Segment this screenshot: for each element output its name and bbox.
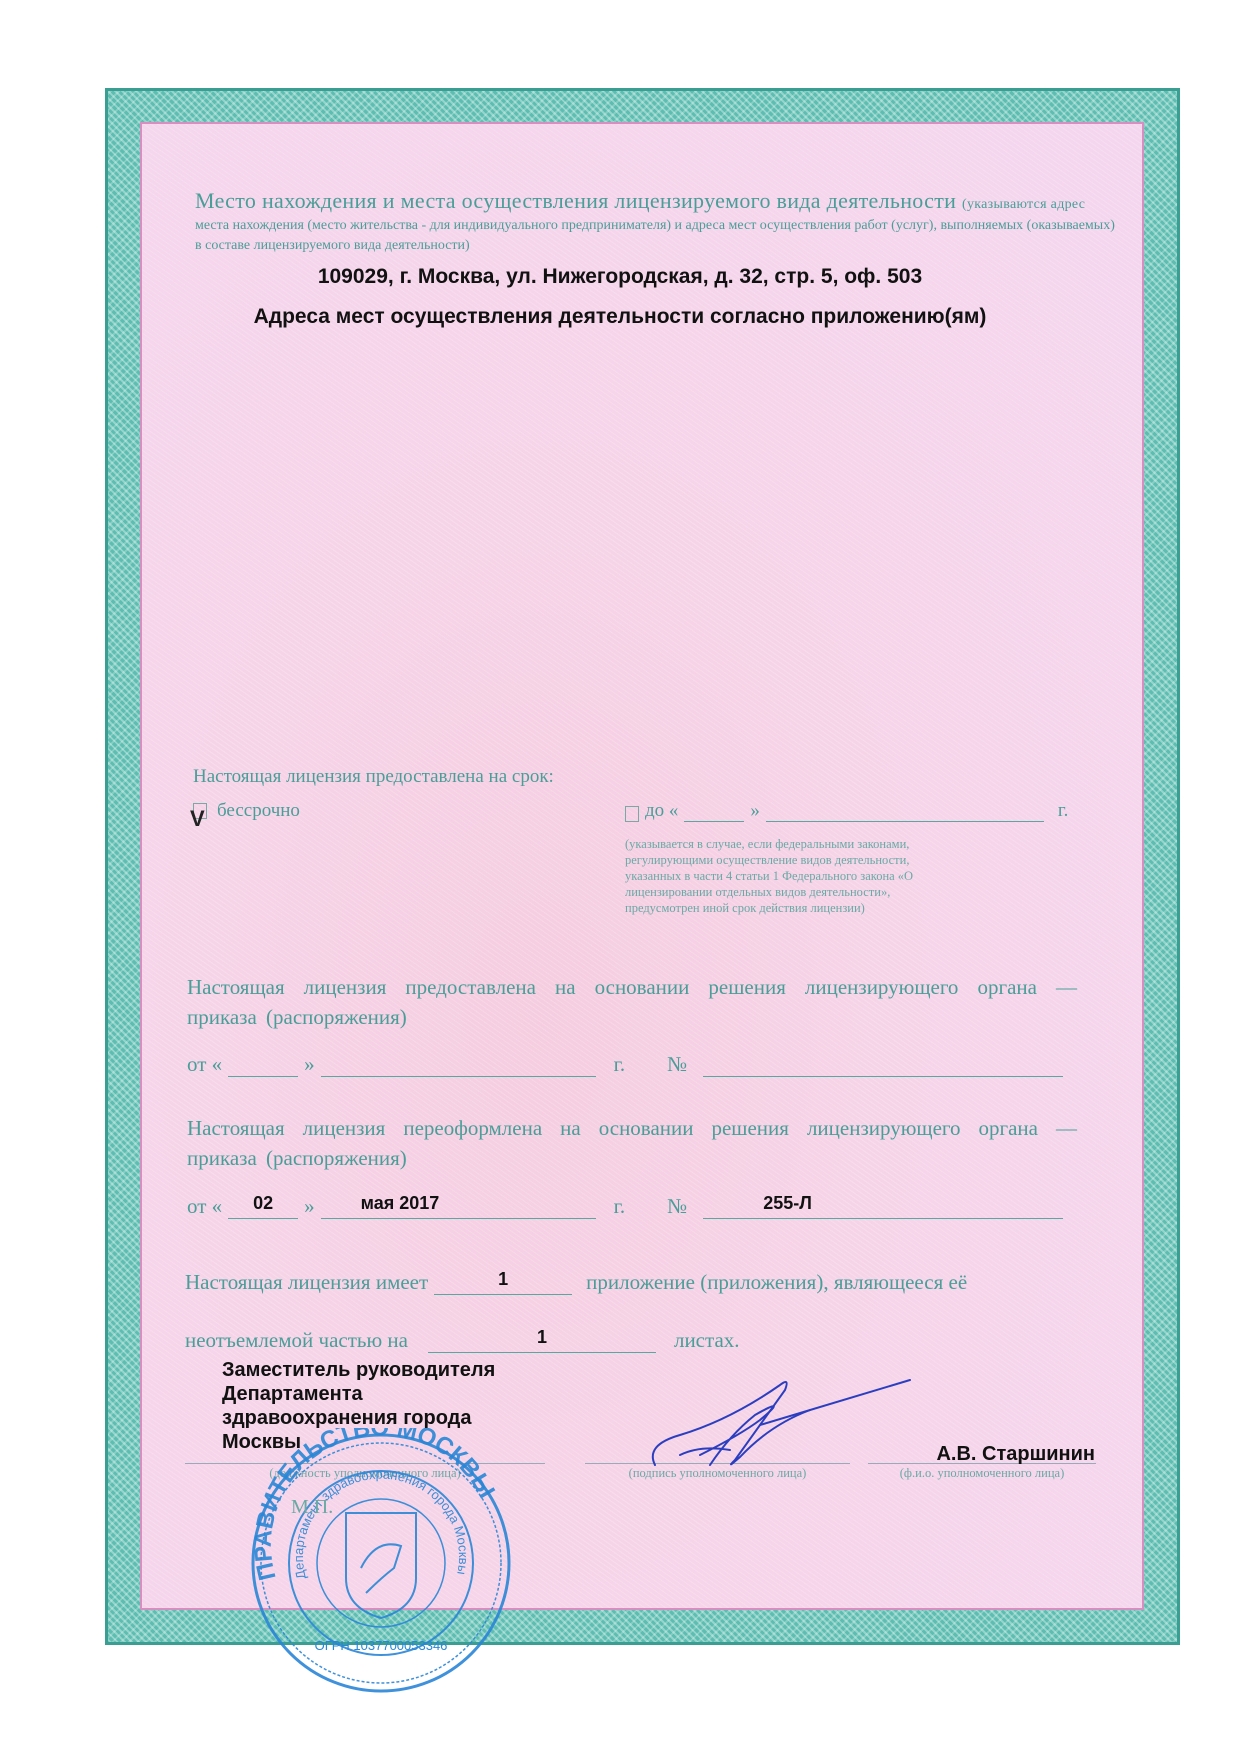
check-mark-icon: V [190, 806, 205, 832]
svg-text:Департамент здравоохранения го: Департамент здравоохранения города Москв… [291, 1467, 471, 1581]
reissued-from-label: от « [187, 1194, 222, 1219]
appendix-sheets-prefix: неотъемлемой частью на [185, 1328, 408, 1353]
position-line-3: здравоохранения города [222, 1406, 495, 1430]
granted-basis-text: Настоящая лицензия предоставлена на осно… [187, 972, 1077, 1032]
reissued-number-label: № [667, 1194, 687, 1219]
appendix-sheets-suffix: листах. [674, 1328, 740, 1353]
granted-number-label: № [667, 1052, 687, 1077]
main-address: 109029, г. Москва, ул. Нижегородская, д.… [0, 265, 1240, 289]
stamp-inner-text: Департамент здравоохранения города Москв… [291, 1467, 471, 1581]
reissued-quote-close: » [304, 1194, 315, 1219]
location-heading-subtitle: места нахождения (место жительства - для… [195, 216, 1115, 256]
granted-quote-close: » [304, 1052, 315, 1077]
until-date-option[interactable]: до « » г. [625, 800, 1068, 822]
appendix-sheets-value: 1 [428, 1327, 656, 1348]
reissued-day-value: 02 [228, 1193, 298, 1214]
until-prefix: до « [645, 800, 678, 822]
official-position: Заместитель руководителя Департамента зд… [222, 1358, 495, 1454]
appendix-sheets-row: неотъемлемой частью на 1 листах. [185, 1326, 740, 1353]
permanent-option[interactable]: бессрочно [193, 800, 300, 822]
reissued-number-field[interactable]: 255-Л [703, 1192, 1063, 1219]
position-line-1: Заместитель руководителя [222, 1358, 495, 1382]
reissued-year-suffix: г. [614, 1194, 626, 1219]
granted-day-field[interactable] [228, 1050, 298, 1077]
reissued-month-year-field[interactable]: мая 2017 [321, 1192, 596, 1219]
mp-label: М.П. [291, 1496, 333, 1518]
until-year-suffix: г. [1058, 800, 1068, 822]
position-line-4: Москвы [222, 1430, 495, 1454]
appendix-count-prefix: Настоящая лицензия имеет [185, 1270, 428, 1295]
location-heading-text: Место нахождения и места осуществления л… [195, 188, 956, 213]
granted-number-field[interactable] [703, 1050, 1063, 1077]
handwritten-signature [640, 1365, 920, 1475]
stamp-ogrn: ОГРН 1037700053346 [315, 1638, 448, 1653]
official-stamp: ПРАВИТЕЛЬСТВО МОСКВЫ Департамент здравоо… [236, 1428, 526, 1698]
granted-year-suffix: г. [614, 1052, 626, 1077]
appendix-count-suffix: приложение (приложения), являющееся её [586, 1270, 967, 1295]
granted-month-year-field[interactable] [321, 1050, 596, 1077]
term-label: Настоящая лицензия предоставлена на срок… [193, 766, 554, 788]
granted-order-row: от « » г. № [187, 1050, 1063, 1077]
until-checkbox[interactable] [625, 806, 639, 822]
location-heading: Место нахождения и места осуществления л… [195, 188, 1085, 214]
until-month-year-field[interactable] [766, 801, 1044, 822]
reissued-day-field[interactable]: 02 [228, 1192, 298, 1219]
location-heading-note: (указываются адрес [962, 197, 1085, 212]
reissued-basis-text: Настоящая лицензия переоформлена на осно… [187, 1113, 1077, 1173]
term-note: (указывается в случае, если федеральными… [625, 836, 935, 916]
appendix-sheets-field[interactable]: 1 [428, 1326, 656, 1353]
appendix-count-row: Настоящая лицензия имеет 1 приложение (п… [185, 1268, 967, 1295]
reissued-number-value: 255-Л [703, 1193, 1063, 1214]
reissued-month-year-value: мая 2017 [321, 1193, 596, 1214]
appendix-count-value: 1 [434, 1269, 572, 1290]
position-line-2: Департамента [222, 1382, 495, 1406]
until-quote-close: » [750, 800, 760, 822]
appendix-count-field[interactable]: 1 [434, 1268, 572, 1295]
appendix-address-note: Адреса мест осуществления деятельности с… [0, 305, 1240, 329]
until-day-field[interactable] [684, 801, 744, 822]
granted-from-label: от « [187, 1052, 222, 1077]
reissued-order-row: от « 02 » мая 2017 г. № 255-Л [187, 1192, 1063, 1219]
official-name: А.В. Старшинин [880, 1443, 1095, 1466]
permanent-label: бессрочно [217, 800, 300, 822]
